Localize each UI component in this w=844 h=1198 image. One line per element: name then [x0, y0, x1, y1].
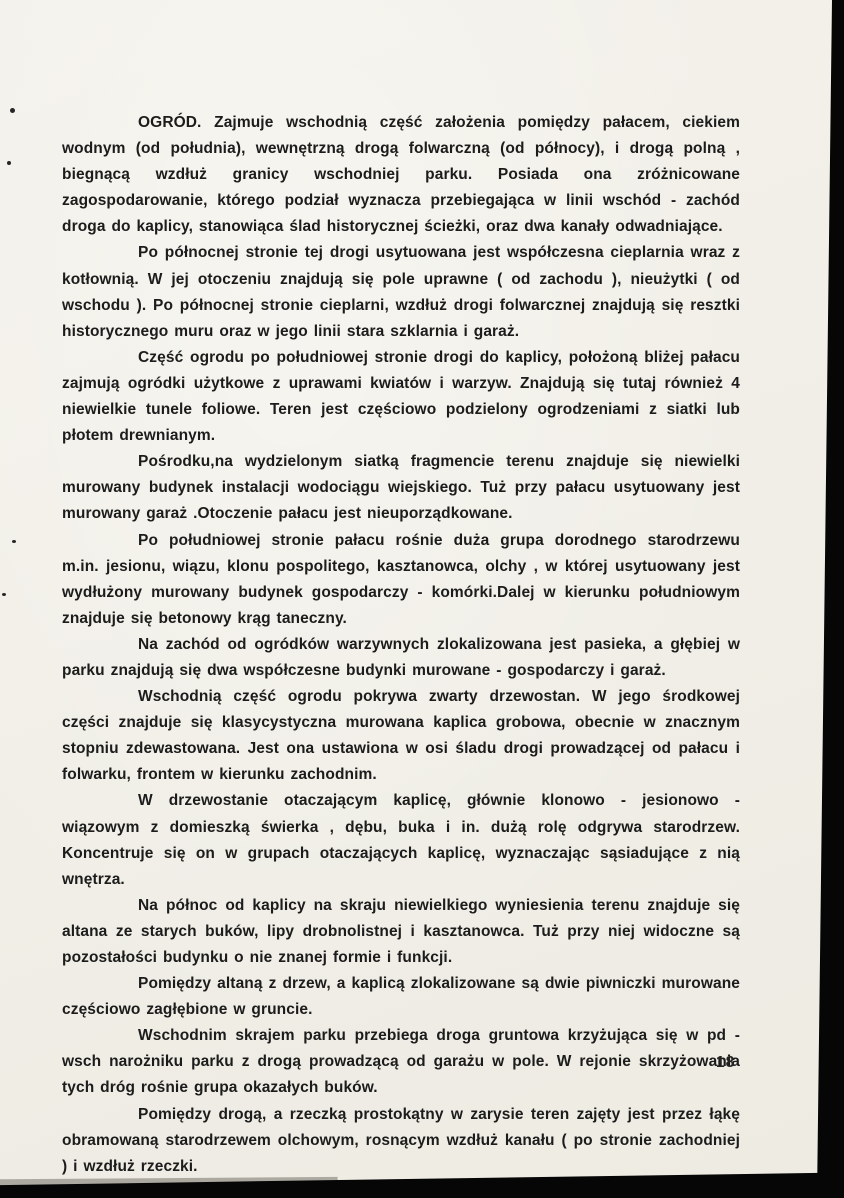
ink-speck	[10, 108, 15, 113]
page-number: 18	[716, 1054, 735, 1072]
paragraph-ogrodki-uzytkowe: Część ogrodu po południowej stronie drog…	[62, 345, 740, 449]
paragraph-piwniczki: Pomiędzy altaną z drzew, a kaplicą zloka…	[62, 971, 740, 1023]
paragraph-droga-gruntowa: Wschodnim skrajem parku przebiega droga …	[62, 1023, 740, 1101]
paragraph-ogrod-intro: OGRÓD. Zajmuje wschodnią część założenia…	[62, 110, 740, 240]
document-text-block: OGRÓD. Zajmuje wschodnią część założenia…	[62, 110, 740, 1180]
paragraph-drzewostan-kaplica: W drzewostanie otaczającym kaplicę, głów…	[62, 788, 740, 892]
scanned-document-page: { "document": { "paragraphs": [ "OGRÓD. …	[0, 0, 844, 1198]
ink-speck	[2, 593, 6, 596]
paragraph-starodrzew-poludnie: Po południowej stronie pałacu rośnie duż…	[62, 528, 740, 632]
paragraph-altana: Na północ od kaplicy na skraju niewielki…	[62, 893, 740, 971]
paragraph-kaplica: Wschodnią część ogrodu pokrywa zwarty dr…	[62, 684, 740, 788]
ink-speck	[12, 540, 16, 543]
paragraph-laka: Pomiędzy drogą, a rzeczką prostokątny w …	[62, 1102, 740, 1180]
paragraph-cieplarnia: Po północnej stronie tej drogi usytuowan…	[62, 240, 740, 344]
ink-speck	[7, 161, 11, 165]
paragraph-pasieka: Na zachód od ogródków warzywnych zlokali…	[62, 632, 740, 684]
paragraph-wodociag: Pośrodku,na wydzielonym siatką fragmenci…	[62, 449, 740, 527]
